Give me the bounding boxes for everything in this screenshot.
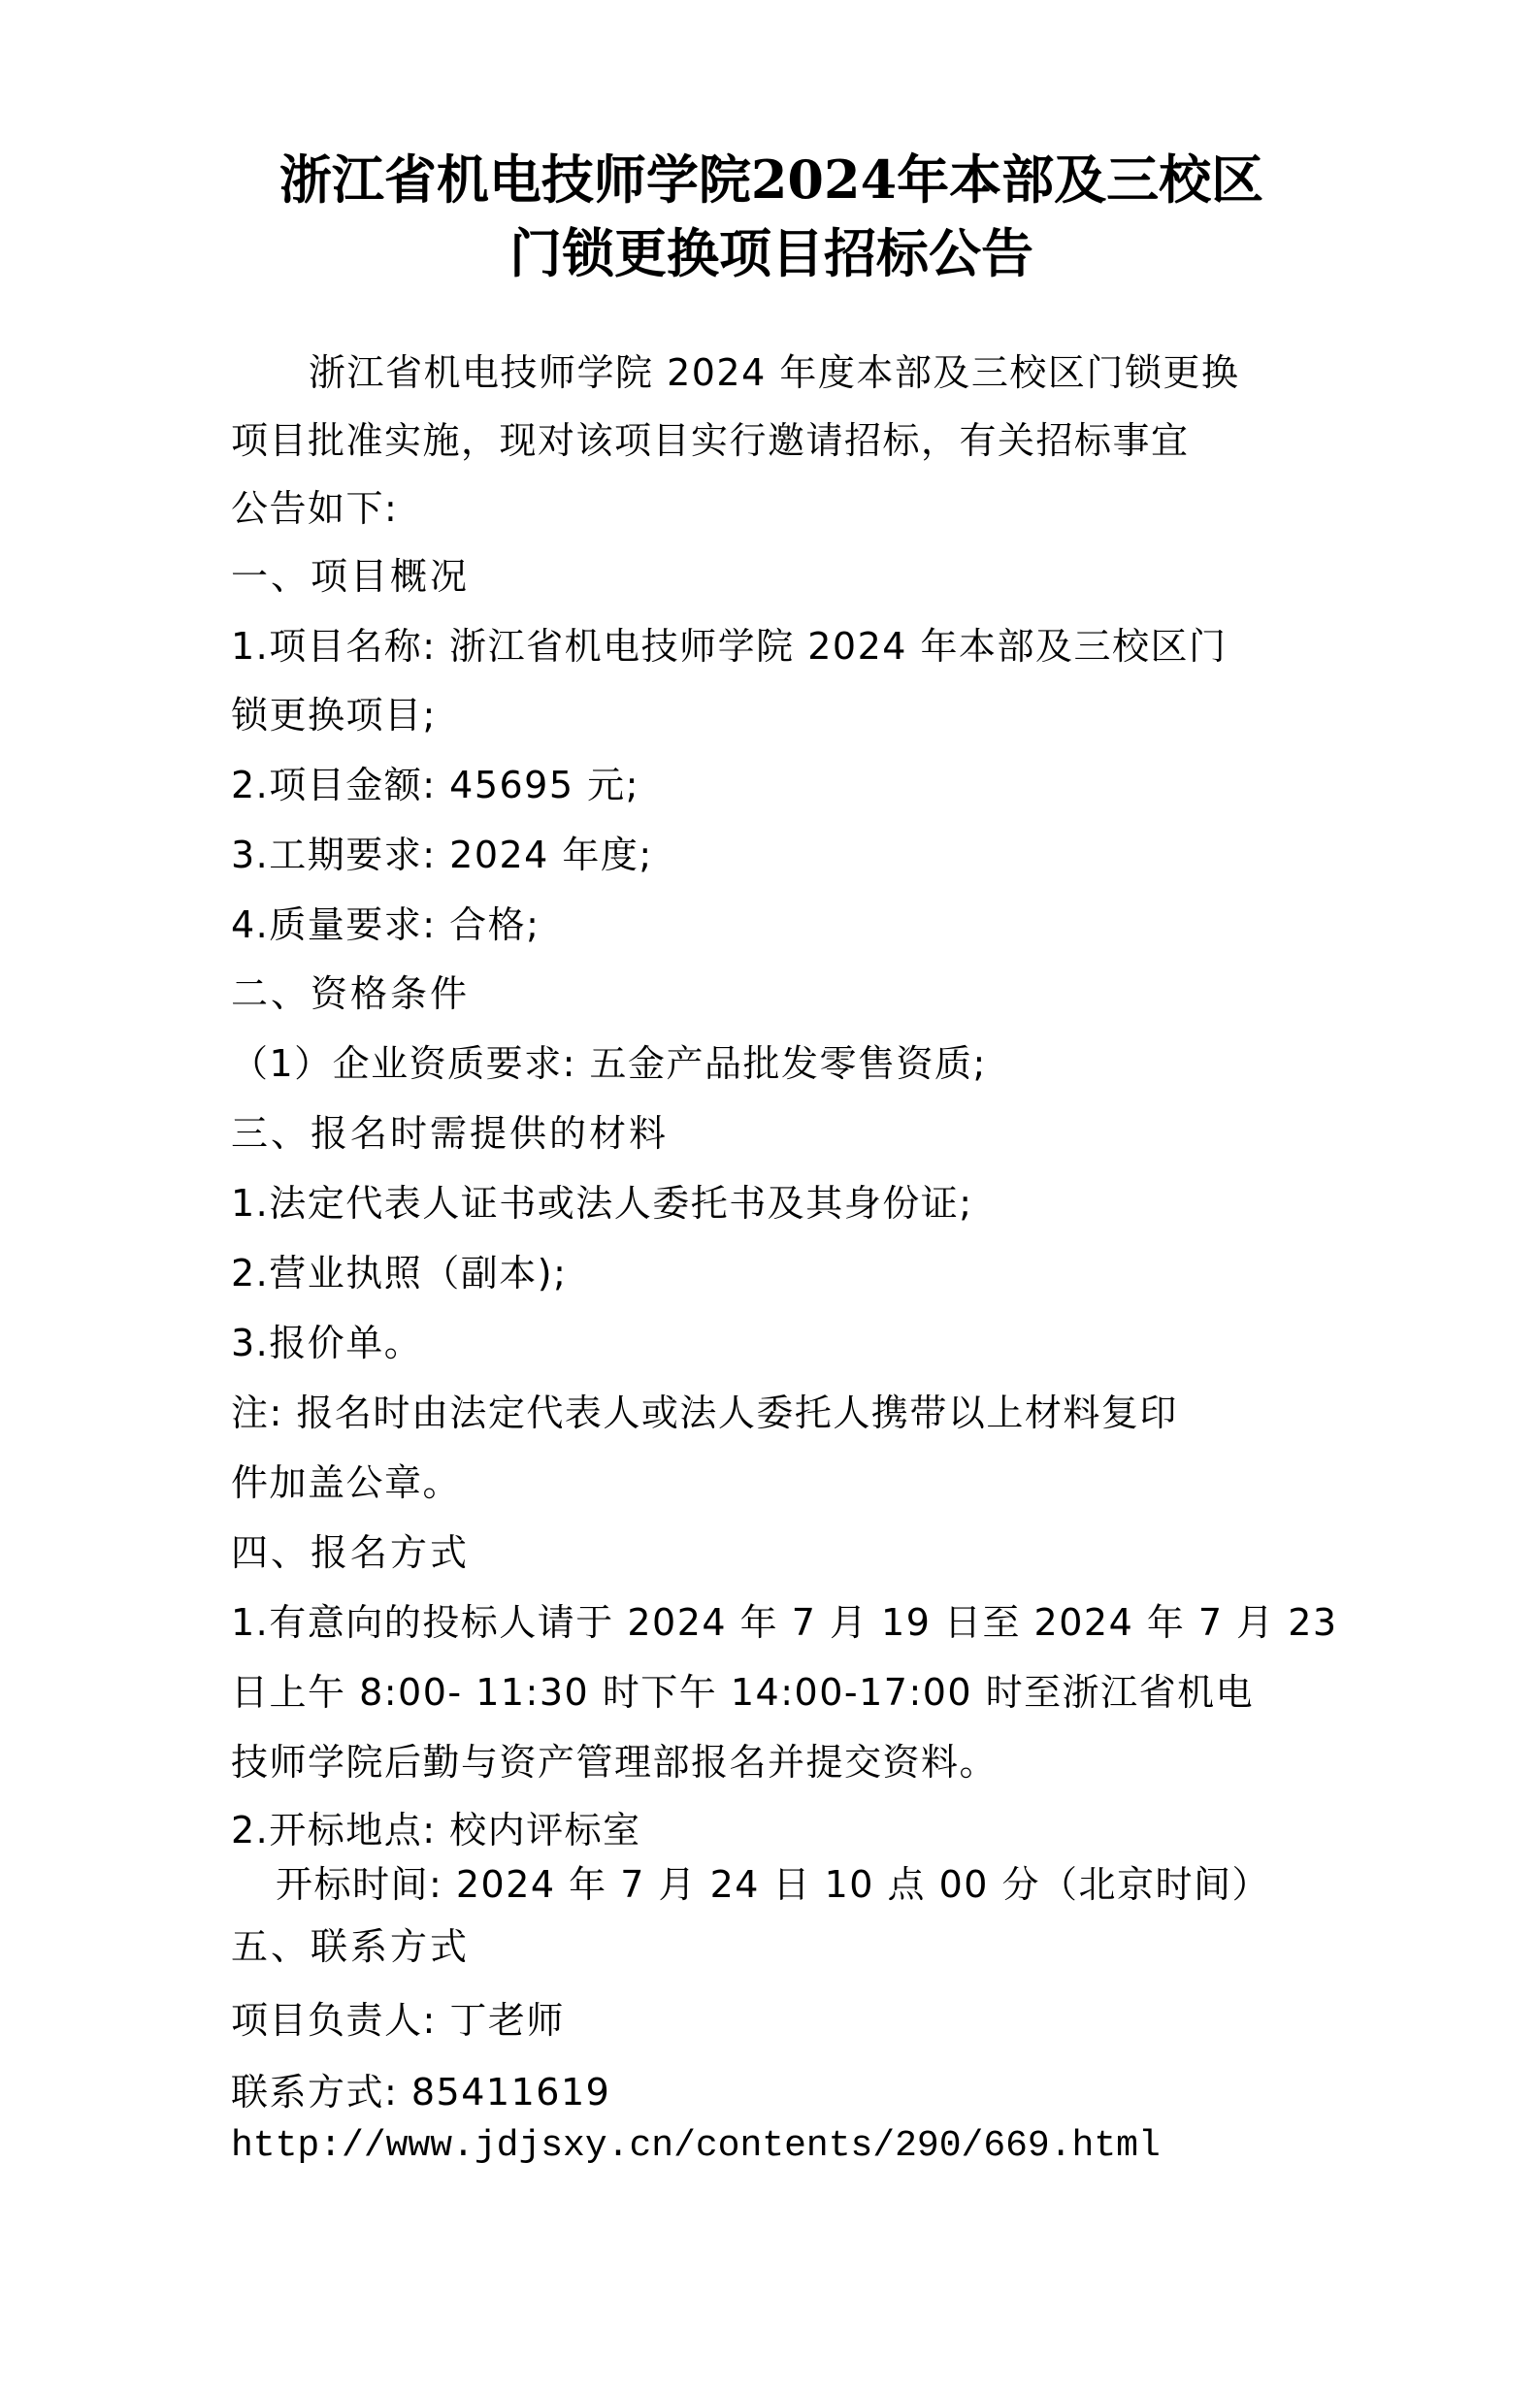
section-3-heading: 三、报名时需提供的材料 (231, 1110, 669, 1157)
section-1-item-duration: 3.工期要求: 2024 年度; (231, 832, 653, 878)
section-2-item-qualification: （1）企业资质要求: 五金产品批发零售资质; (231, 1040, 987, 1087)
intro-paragraph-line-1: 浙江省机电技师学院 2024 年度本部及三校区门锁更换 (309, 349, 1239, 396)
section-5-contact-person: 项目负责人: 丁老师 (231, 1997, 565, 2044)
section-4-item-registration-2: 日上午 8:00- 11:30 时下午 14:00-17:00 时至浙江省机电 (231, 1669, 1254, 1716)
section-1-item-name: 1.项目名称: 浙江省机电技师学院 2024 年本部及三校区门 (231, 623, 1228, 670)
section-4-item-registration-1: 1.有意向的投标人请于 2024 年 7 月 19 日至 2024 年 7 月 … (231, 1599, 1338, 1646)
intro-paragraph-line-3: 公告如下: (231, 485, 398, 532)
source-url-link[interactable]: http://www.jdjsxy.cn/contents/290/669.ht… (231, 2123, 1161, 2170)
section-4-item-registration-3: 技师学院后勤与资产管理部报名并提交资料。 (231, 1739, 998, 1786)
section-4-item-location: 2.开标地点: 校内评标室 (231, 1807, 641, 1853)
section-1-item-quality: 4.质量要求: 合格; (231, 901, 540, 948)
section-4-item-opening-time: 开标时间: 2024 年 7 月 24 日 10 点 00 分（北京时间） (276, 1861, 1270, 1908)
document-page: 浙江省机电技师学院2024年本部及三校区 门锁更换项目招标公告 浙江省机电技师学… (0, 0, 1540, 2392)
section-3-note-line-2: 件加盖公章。 (231, 1459, 461, 1506)
section-3-item-license: 2.营业执照（副本); (231, 1250, 567, 1296)
section-5-heading: 五、联系方式 (231, 1923, 470, 1970)
document-title-line-1: 浙江省机电技师学院2024年本部及三校区 (223, 147, 1320, 212)
section-3-item-quote: 3.报价单。 (231, 1320, 422, 1366)
section-1-item-name-cont: 锁更换项目; (231, 692, 437, 738)
section-4-heading: 四、报名方式 (231, 1529, 470, 1576)
section-3-item-id: 1.法定代表人证书或法人委托书及其身份证; (231, 1180, 973, 1227)
section-1-heading: 一、项目概况 (231, 553, 470, 600)
section-2-heading: 二、资格条件 (231, 970, 470, 1017)
section-3-note-line-1: 注: 报名时由法定代表人或法人委托人携带以上材料复印 (231, 1390, 1178, 1436)
document-title-line-2: 门锁更换项目招标公告 (223, 221, 1320, 285)
intro-paragraph-line-2: 项目批准实施，现对该项目实行邀请招标，有关招标事宜 (231, 417, 1190, 464)
section-1-item-amount: 2.项目金额: 45695 元; (231, 762, 639, 808)
section-5-phone: 联系方式: 85411619 (231, 2069, 610, 2115)
